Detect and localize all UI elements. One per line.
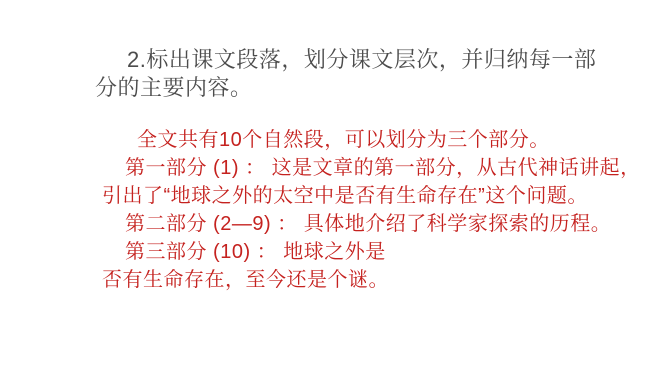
body-line: 引出了“地球之外的太空中是否有生命存在”这个问题。 [102, 182, 622, 210]
body-line: 第三部分 (10) ： 地球之外是 [102, 238, 622, 266]
body-line: 第二部分 (2—9) ： 具体地介绍了科学家探索的历程。 [102, 210, 622, 238]
body-line: 第一部分 (1) ： 这是文章的第一部分，从古代神话讲起， [102, 154, 622, 182]
slide-body: 全文共有10个自然段，可以划分为三个部分。第一部分 (1) ： 这是文章的第一部… [102, 126, 622, 294]
title-line: 2.标出课文段落，划分课文层次，并归纳每一部 [95, 46, 575, 74]
body-line: 否有生命存在，至今还是个谜。 [102, 266, 622, 294]
title-line: 分的主要内容。 [95, 74, 575, 102]
body-line: 全文共有10个自然段，可以划分为三个部分。 [102, 126, 622, 154]
slide: 2.标出课文段落，划分课文层次，并归纳每一部分的主要内容。 全文共有10个自然段… [0, 0, 668, 376]
slide-title: 2.标出课文段落，划分课文层次，并归纳每一部分的主要内容。 [95, 46, 575, 102]
